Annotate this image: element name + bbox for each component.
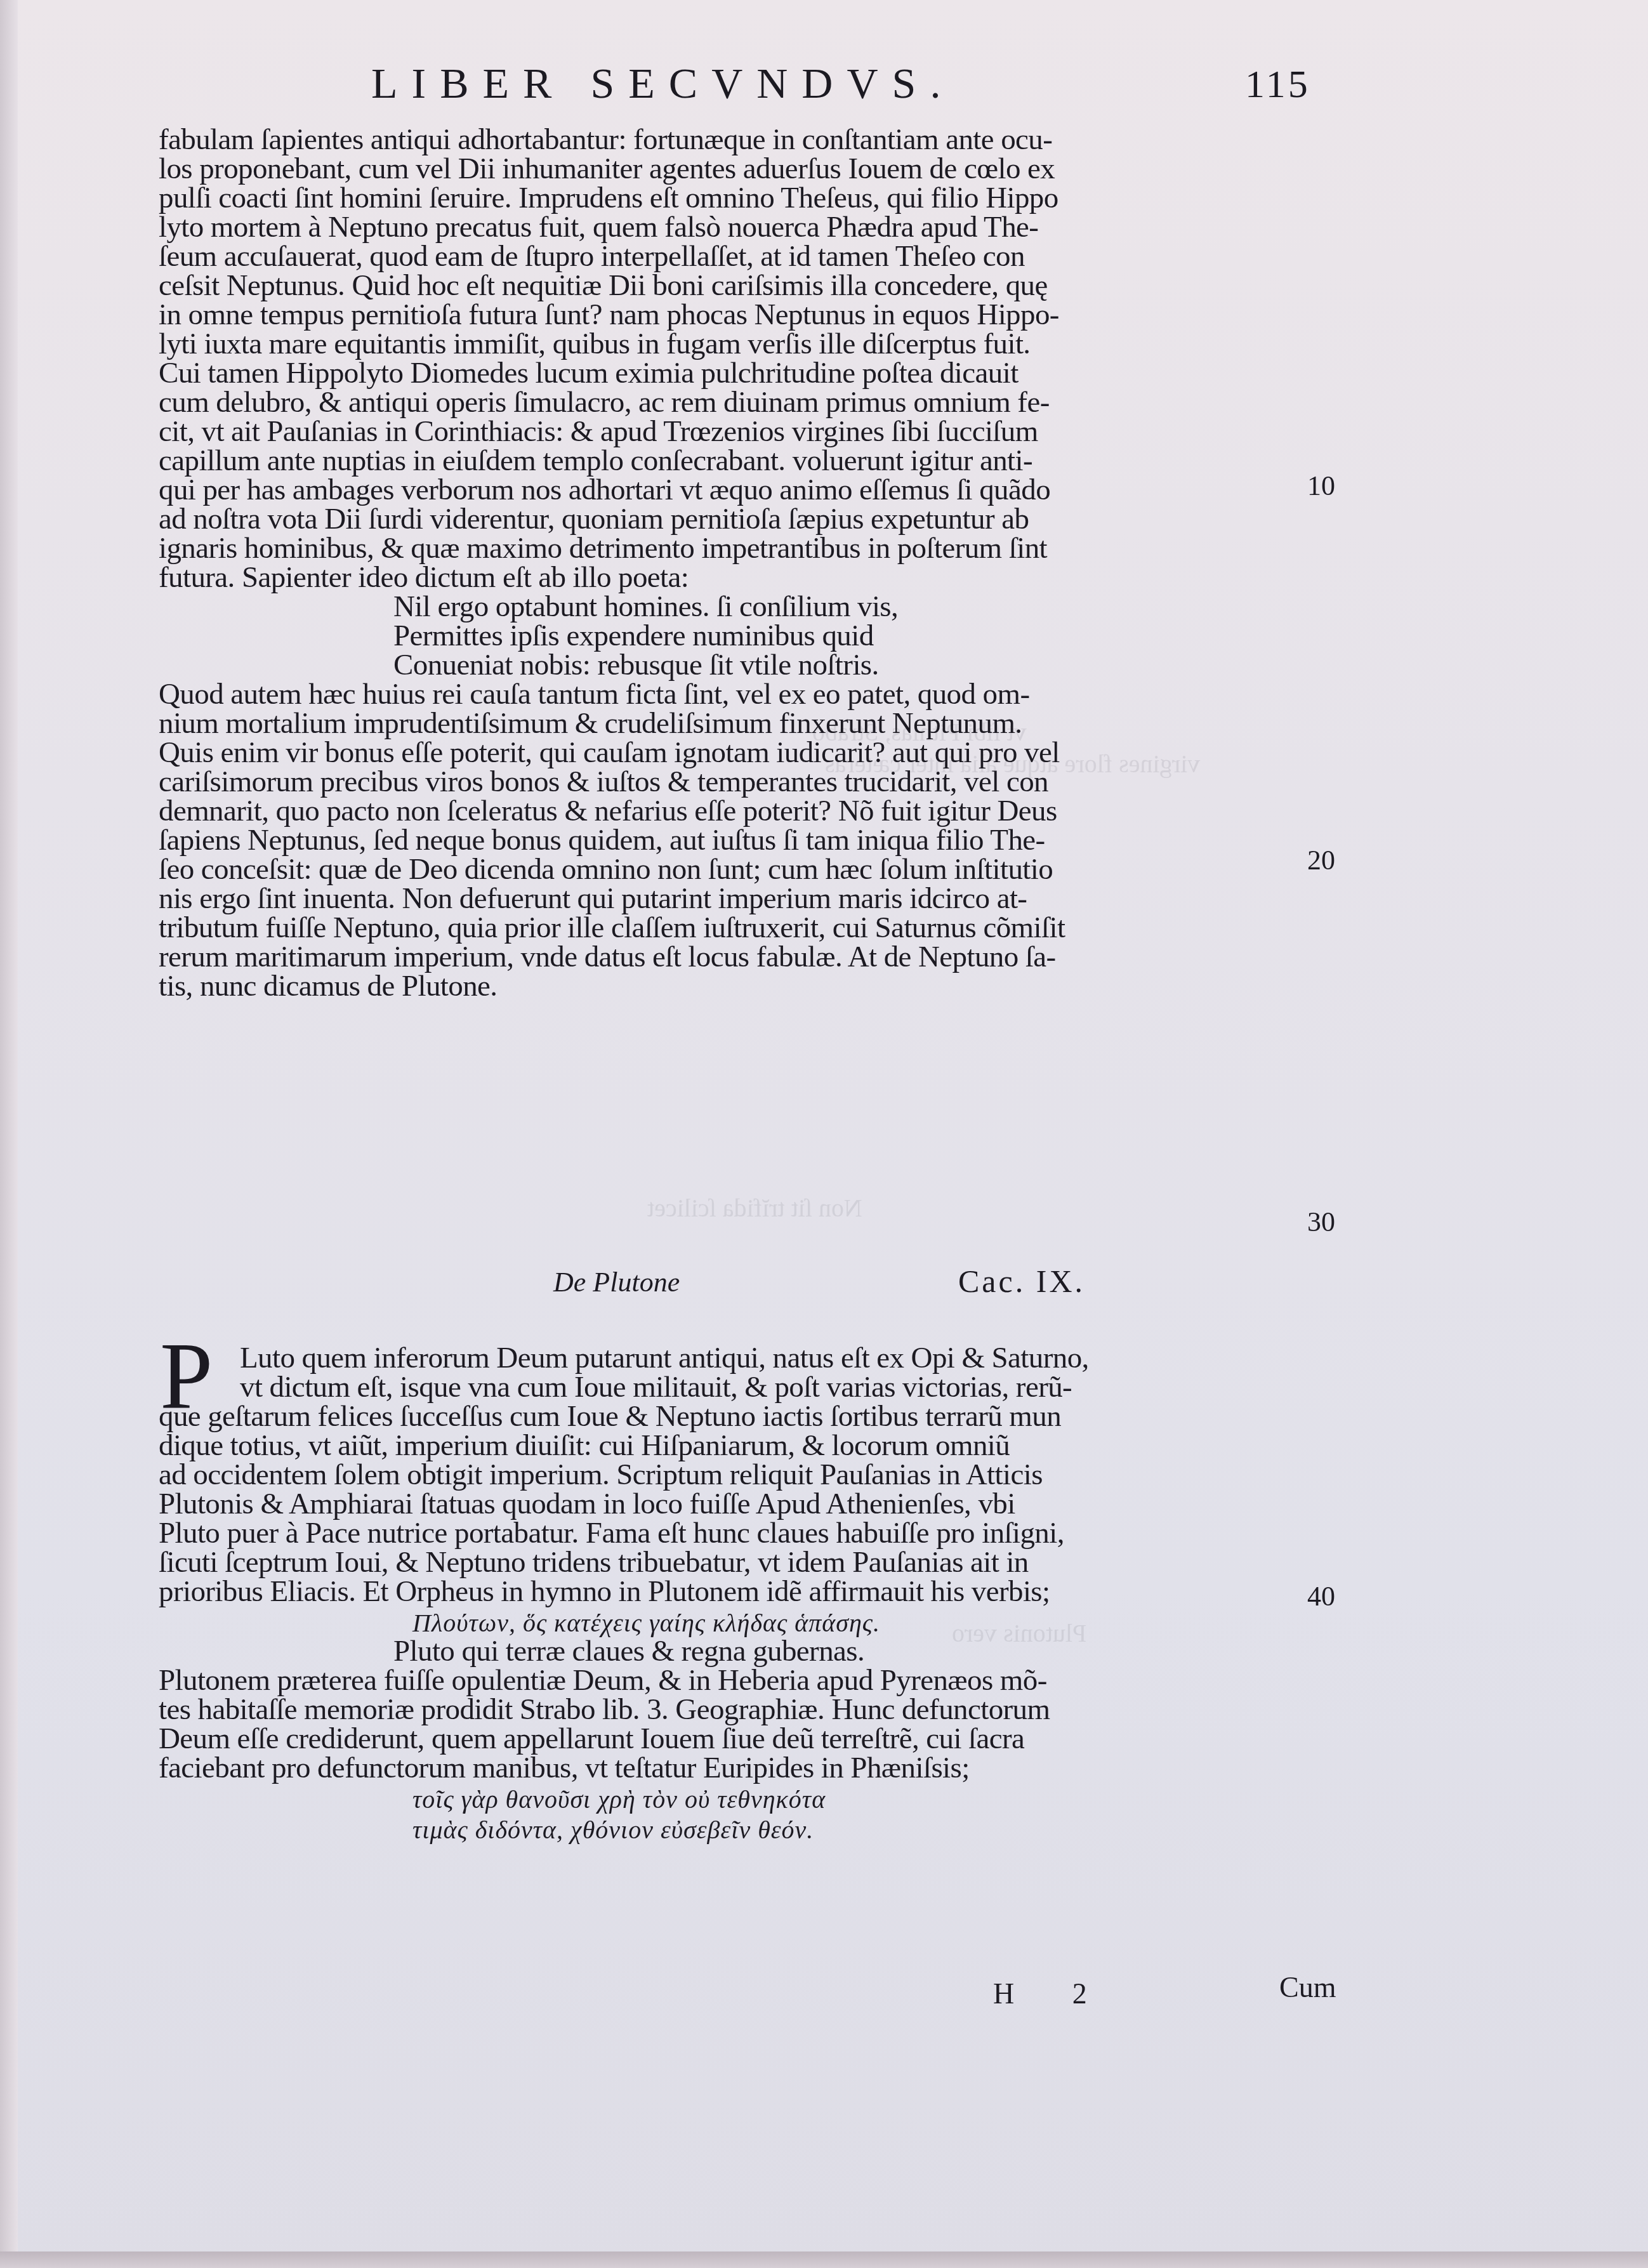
text-line: faciebant pro defunctorum manibus, vt te… (159, 1750, 970, 1786)
margin-line-number: 30 (1307, 1206, 1335, 1238)
margin-line-number: 40 (1307, 1580, 1335, 1612)
text-line: tis, nunc dicamus de Plutone. (159, 968, 497, 1004)
margin-line-number: 10 (1307, 470, 1335, 502)
page-edge-left (0, 0, 18, 2268)
signature-mark: H 2 (993, 1977, 1112, 2010)
book-page: vt ſibi Pithias, Strabo virgines flore a… (0, 0, 1648, 2268)
chapter-number: Cac. IX. (958, 1263, 1085, 1300)
margin-line-number: 20 (1307, 844, 1335, 876)
greek-quote-line: τιμὰς διδόντα, χθόνιον εὐσεβεῖν θεόν. (412, 1812, 814, 1848)
show-through-text: Non ſit trĭfida ſcilicet (647, 1193, 862, 1223)
show-through-text: Plutonis vero (952, 1618, 1086, 1648)
running-head: LIBER SECVNDVS. (371, 58, 954, 109)
chapter-title: De Plutone (553, 1266, 680, 1298)
page-number: 115 (1245, 62, 1310, 107)
text-line: prioribus Eliacis. Et Orpheus in hymno i… (159, 1574, 1050, 1609)
catchword: Cum (1279, 1970, 1336, 2004)
page-edge-bottom (0, 2252, 1648, 2268)
